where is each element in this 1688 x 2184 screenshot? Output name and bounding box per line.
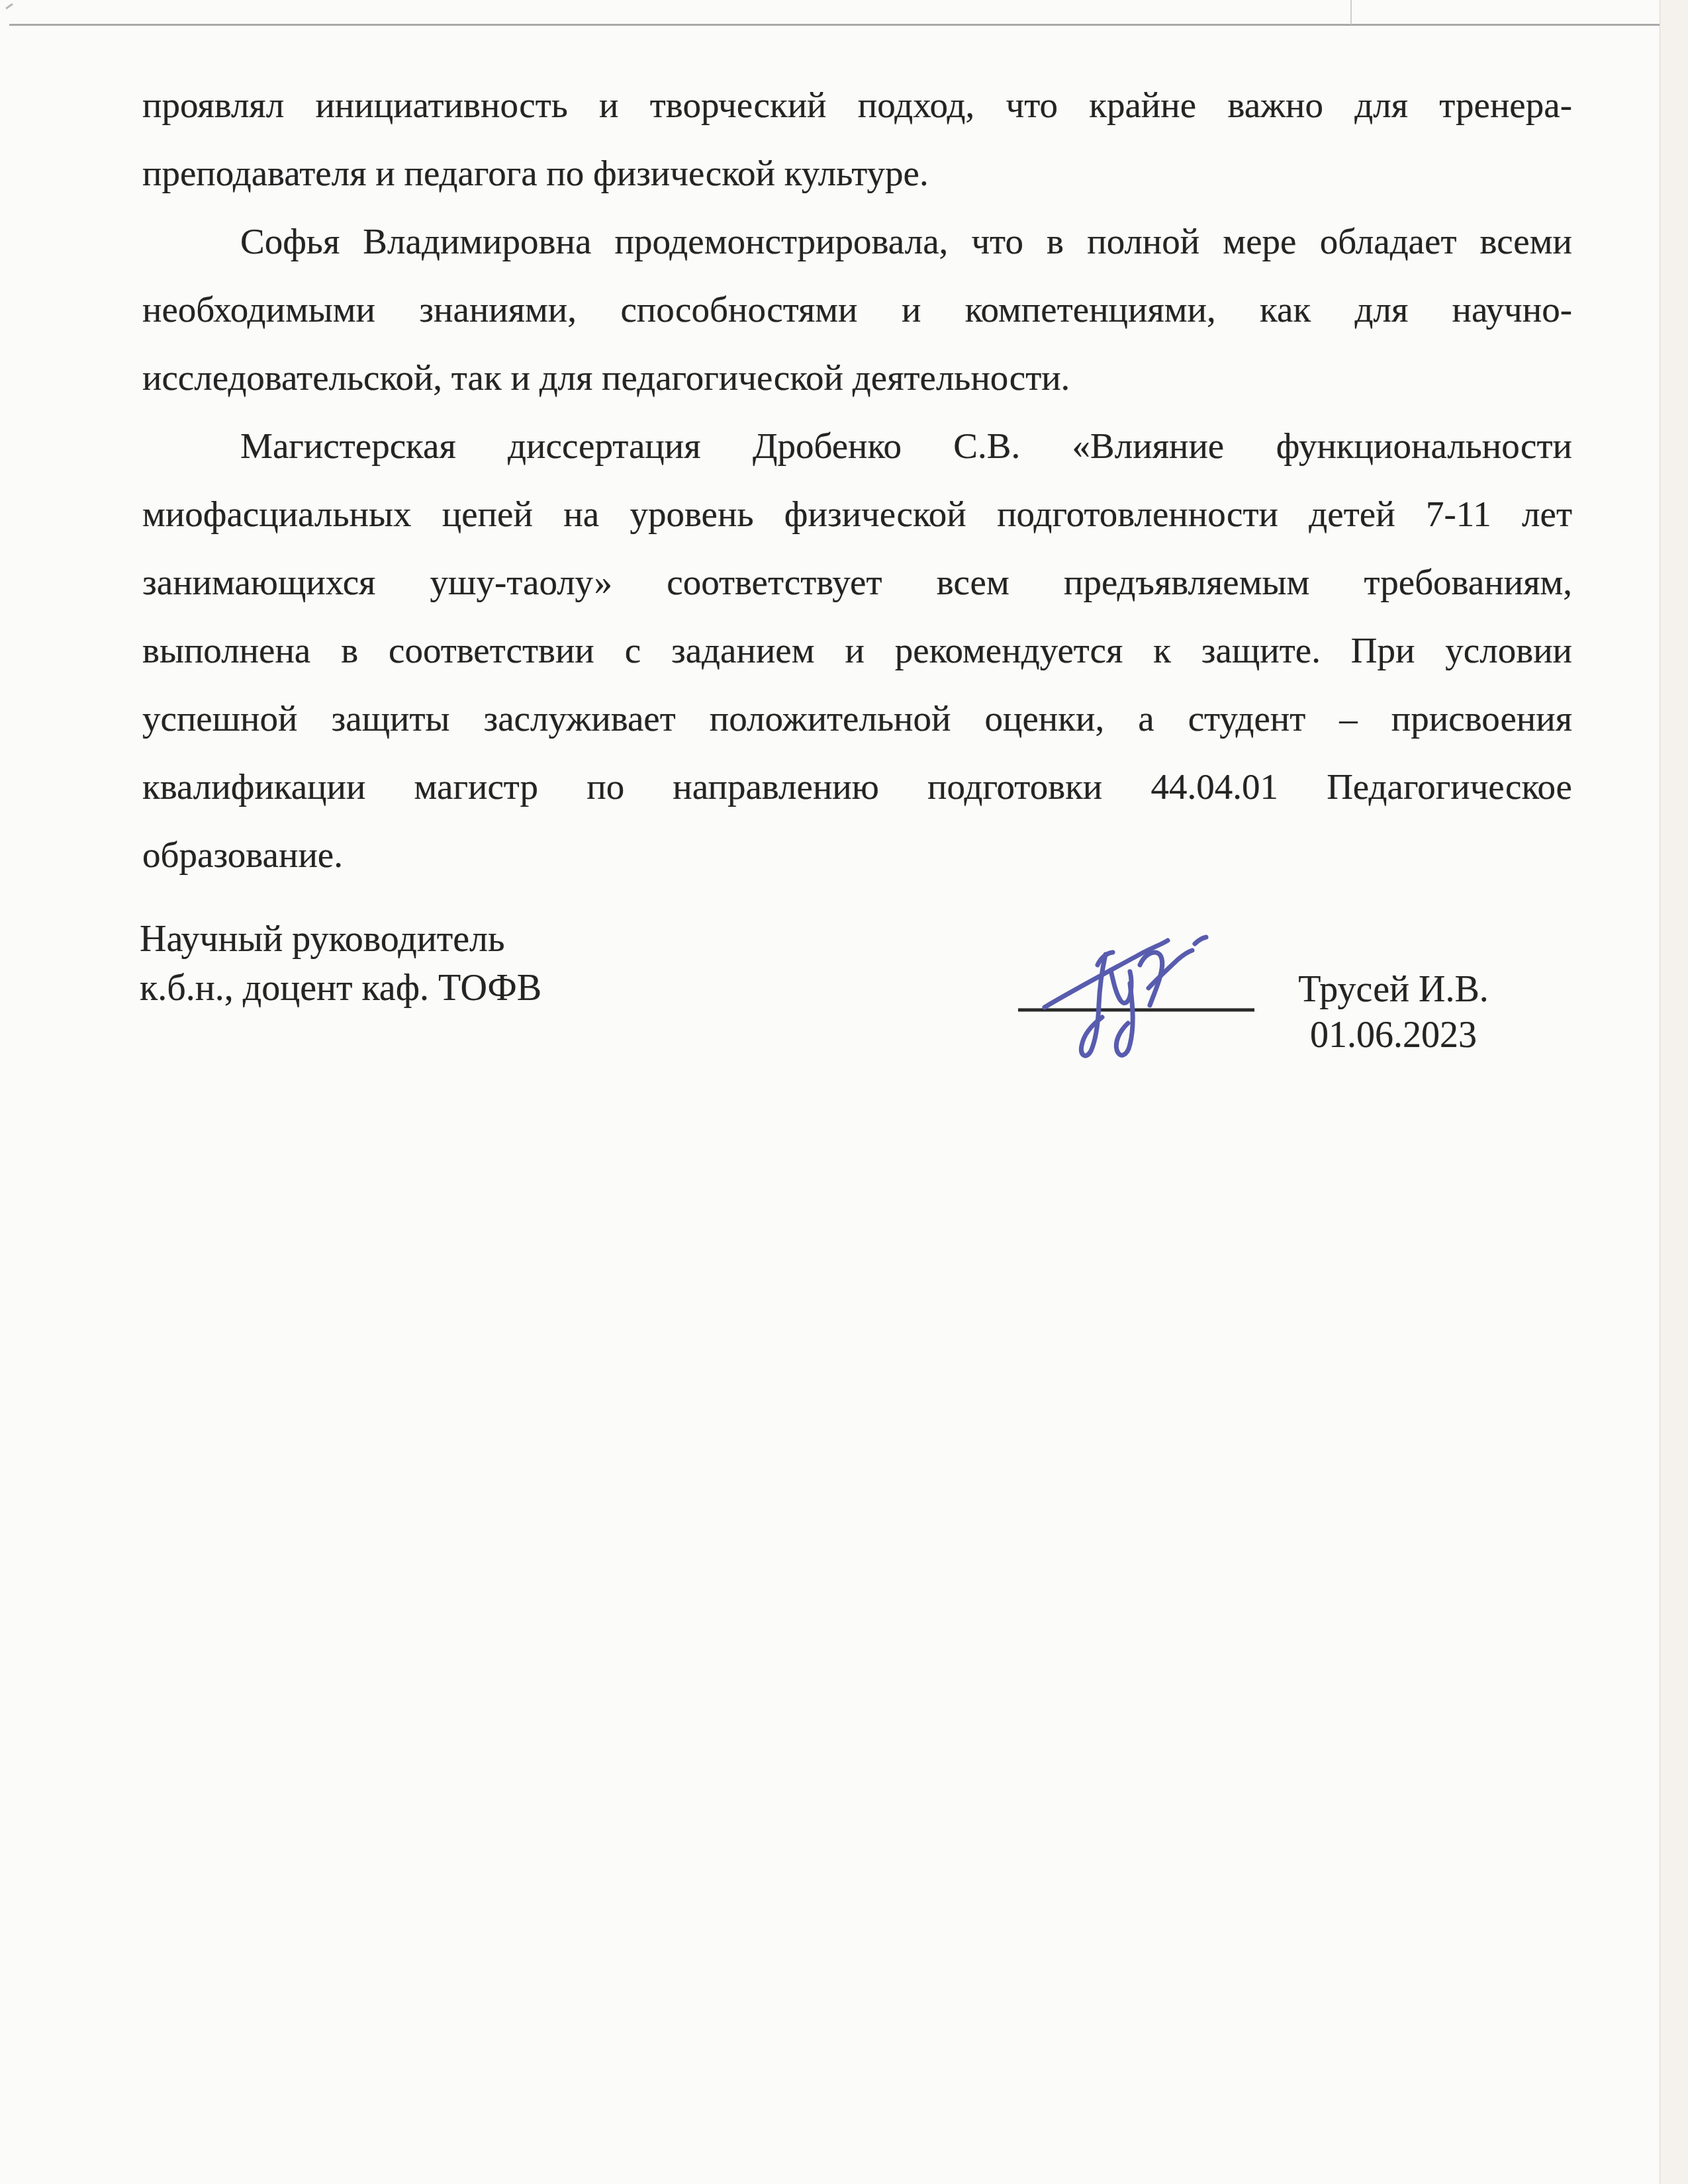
scanned-document-page: проявлял инициативность и творческий под… [0, 0, 1688, 2184]
body-line: выполнена в соответствии с заданием и ре… [142, 616, 1572, 684]
supervisor-role: Научный руководитель [140, 915, 735, 964]
body-line: преподавателя и педагога по физической к… [142, 139, 1572, 207]
scan-paper-edge [1660, 0, 1688, 2184]
supervisor-block: Научный руководитель к.б.н., доцент каф.… [140, 915, 735, 1013]
body-line: квалификации магистр по направлению подг… [142, 752, 1572, 821]
signatory-block: Трусей И.В. 01.06.2023 [1281, 967, 1506, 1058]
body-line: проявлял инициативность и творческий под… [142, 71, 1572, 139]
signature-ink-strokes [1045, 937, 1206, 1056]
signature-date: 01.06.2023 [1281, 1013, 1506, 1058]
body-line: занимающихся ушу-таолу» соответствует вс… [142, 548, 1572, 616]
body-line: Софья Владимировна продемонстрировала, ч… [142, 207, 1572, 275]
body-line: Магистерская диссертация Дробенко С.В. «… [142, 412, 1572, 480]
body-line: успешной защиты заслуживает положительно… [142, 684, 1572, 752]
review-body-text: проявлял инициативность и творческий под… [142, 71, 1572, 889]
body-line: миофасциальных цепей на уровень физическ… [142, 480, 1572, 548]
body-line: необходимыми знаниями, способностями и к… [142, 275, 1572, 343]
scan-vertical-artifact [1350, 0, 1352, 24]
body-line: исследовательской, так и для педагогичес… [142, 343, 1572, 412]
supervisor-degree: к.б.н., доцент каф. ТОФВ [140, 964, 735, 1013]
body-line: образование. [142, 821, 1572, 889]
scan-edge-line-artifact [9, 24, 1662, 26]
handwritten-signature [993, 880, 1311, 1092]
signatory-name: Трусей И.В. [1281, 967, 1506, 1013]
scan-speck-artifact [5, 3, 13, 9]
